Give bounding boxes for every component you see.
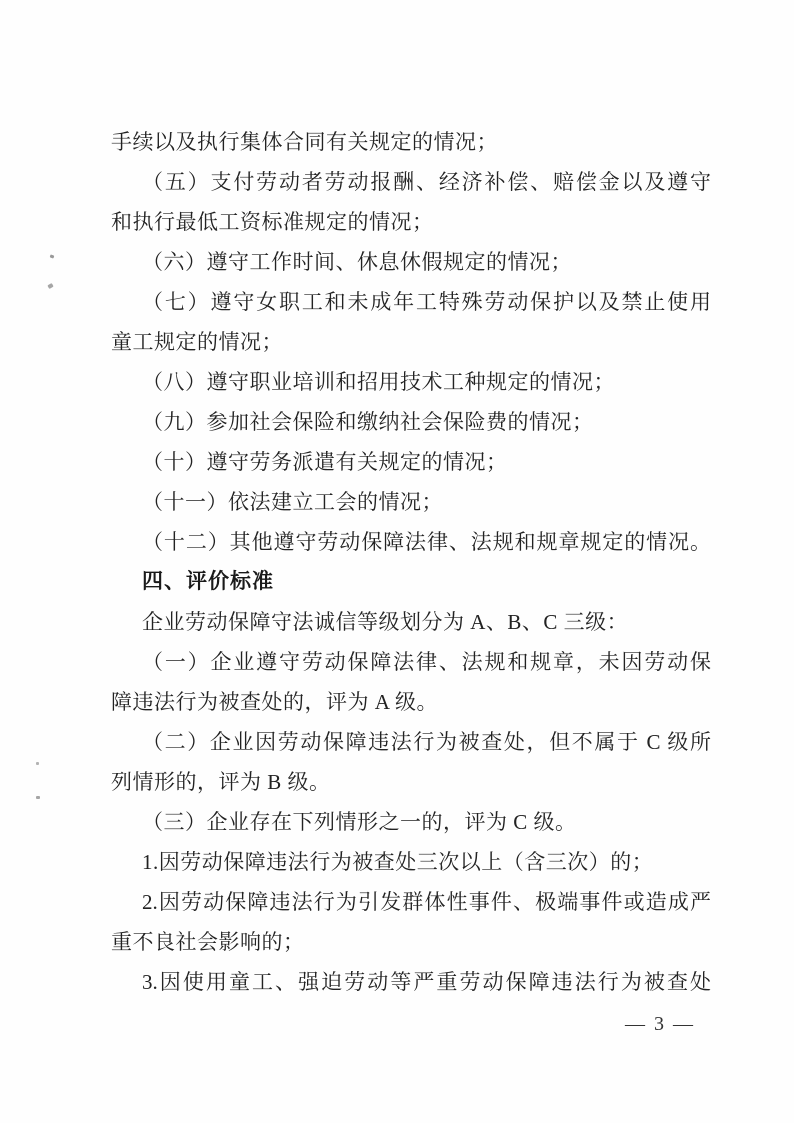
scan-artifact bbox=[36, 796, 40, 799]
document-page: 手续以及执行集体合同有关规定的情况； （五）支付劳动者劳动报酬、经济补偿、赔偿金… bbox=[0, 0, 794, 1123]
text-line: 童工规定的情况； bbox=[111, 322, 711, 362]
page-number: — 3 — bbox=[625, 1010, 695, 1038]
text-line: （九）参加社会保险和缴纳社会保险费的情况； bbox=[111, 402, 711, 442]
document-body: 手续以及执行集体合同有关规定的情况； （五）支付劳动者劳动报酬、经济补偿、赔偿金… bbox=[111, 122, 711, 1002]
section-heading: 四、评价标准 bbox=[111, 562, 711, 602]
text-line: （一）企业遵守劳动保障法律、法规和规章，未因劳动保 bbox=[111, 642, 711, 682]
text-line: （三）企业存在下列情形之一的，评为 C 级。 bbox=[111, 802, 711, 842]
text-line: （八）遵守职业培训和招用技术工种规定的情况； bbox=[111, 362, 711, 402]
text-line: 手续以及执行集体合同有关规定的情况； bbox=[111, 122, 711, 162]
text-line: （七）遵守女职工和未成年工特殊劳动保护以及禁止使用 bbox=[111, 282, 711, 322]
text-line: （二）企业因劳动保障违法行为被查处，但不属于 C 级所 bbox=[111, 722, 711, 762]
scan-artifact bbox=[36, 762, 39, 765]
text-line: （十一）依法建立工会的情况； bbox=[111, 482, 711, 522]
text-line: （十二）其他遵守劳动保障法律、法规和规章规定的情况。 bbox=[111, 522, 711, 562]
text-line: 和执行最低工资标准规定的情况； bbox=[111, 202, 711, 242]
scan-artifact bbox=[50, 254, 55, 258]
text-line: （十）遵守劳务派遣有关规定的情况； bbox=[111, 442, 711, 482]
text-line: 障违法行为被查处的，评为 A 级。 bbox=[111, 682, 711, 722]
text-line: 重不良社会影响的； bbox=[111, 922, 711, 962]
text-line: （六）遵守工作时间、休息休假规定的情况； bbox=[111, 242, 711, 282]
text-line: （五）支付劳动者劳动报酬、经济补偿、赔偿金以及遵守 bbox=[111, 162, 711, 202]
text-line: 2.因劳动保障违法行为引发群体性事件、极端事件或造成严 bbox=[111, 882, 711, 922]
text-line: 1.因劳动保障违法行为被查处三次以上（含三次）的； bbox=[111, 842, 711, 882]
text-line: 3.因使用童工、强迫劳动等严重劳动保障违法行为被查处 bbox=[111, 962, 711, 1002]
text-line: 企业劳动保障守法诚信等级划分为 A、B、C 三级： bbox=[111, 602, 711, 642]
text-line: 列情形的，评为 B 级。 bbox=[111, 762, 711, 802]
scan-artifact bbox=[47, 283, 53, 289]
